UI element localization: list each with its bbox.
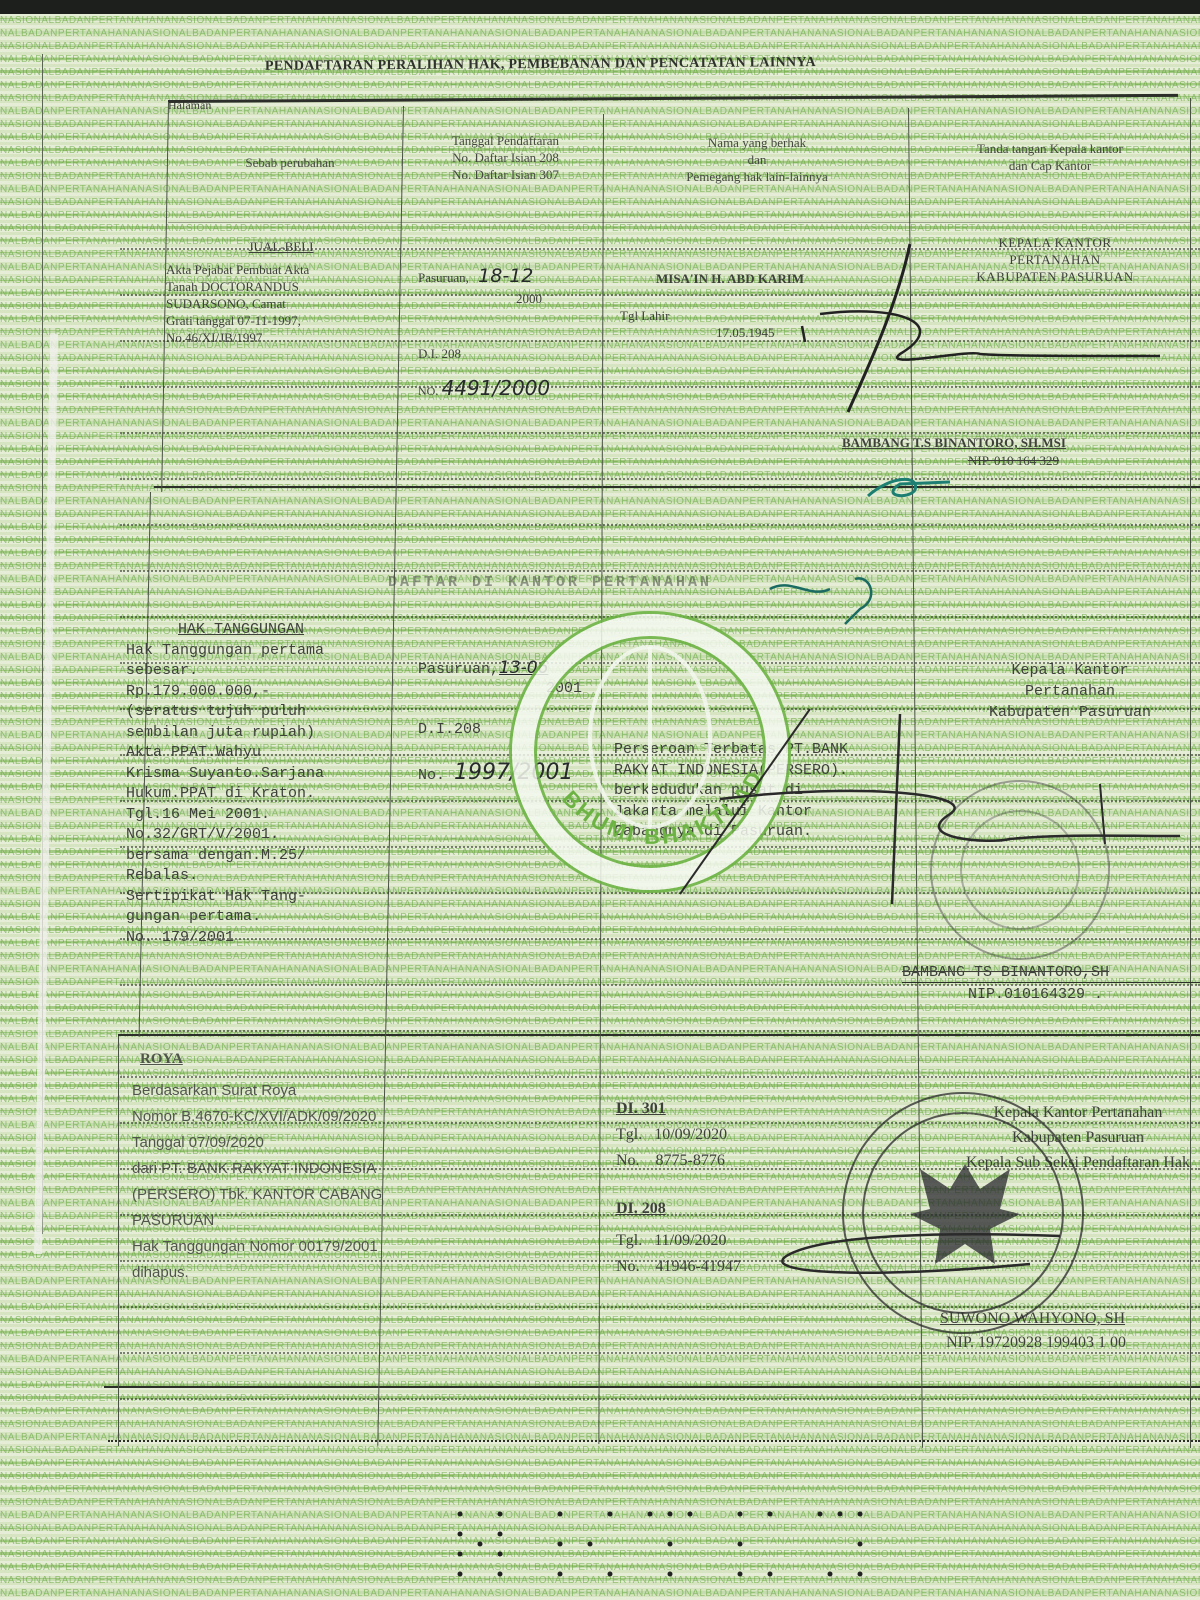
header-holder: Nama yang berhak dan Pemegang hak lain-l… [612,134,902,185]
entry-1-cause: JUAL-BELI Akta Pejabat Pembuat AktaTanah… [166,238,396,346]
text-line: No.46/XI/JB/1997 [166,329,396,346]
text-line: SUDARSONO, Camat [166,295,396,312]
text-line: Rebalas. [126,866,416,887]
entry-1-dob: 17.05.1945 [716,324,900,341]
text-line: PASURUAN [132,1208,512,1234]
dotted-rule [120,570,1200,572]
text-line: Hak Tanggungan Nomor 00179/2001 [132,1234,512,1260]
text-line: Kabupaten Pasuruan [940,702,1200,723]
entry-1-cause-title: JUAL-BELI [166,238,396,255]
entry-3-cause-lines: Berdasarkan Surat RoyaNomor B.4670-KC/XV… [132,1078,512,1286]
text-line: Rp.179.000.000,- [126,682,416,703]
text-line: Akta Pejabat Pembuat Akta [166,261,396,278]
col-4-rule [1190,98,1191,1448]
office-stamp-2001-inner [960,810,1080,930]
text-line: dihapus. [132,1260,512,1286]
header-signature: Tanda tangan Kepala kantor dan Cap Kanto… [910,140,1190,174]
entry-2-cause-lines: Hak Tanggungan pertamasebesar.Rp.179.000… [126,641,416,949]
entry-2-official-nip: NIP.010164329 . [968,986,1198,1003]
certificate-page: NASIONALBADANPERTANAHANANASIONALBADANPER… [0,14,1200,1600]
verification-initial-icon [760,569,910,629]
entry-1-holder-name: MISA'IN H. ABD KARIM [656,270,900,287]
entry-2-office: Kepala KantorPertanahanKabupaten Pasurua… [940,660,1200,723]
col-0-rule-bot [118,1036,119,1446]
registration-stamp-line: DAFTAR DI KANTOR PERTANAHAN [388,574,712,591]
text-line: Berdasarkan Surat Roya [132,1078,512,1104]
entry-2-no-label: No. [418,767,445,784]
dotted-rule [120,294,1200,296]
dotted-rule [120,984,1200,986]
entry-1-reg-place: Pasuruan, [418,270,469,285]
entry-1-official-nip: NIP. 010 164 329 [968,452,1168,469]
entry-2-official-name: BAMBANG TS BINANTORO,SH [902,964,1200,981]
dotted-rule [120,524,1200,526]
text-line: bersama dengan.M.25/ [126,846,416,867]
text-line: Tgl.16 Mei 2001. [126,805,416,826]
entry-1-office: KEPALA KANTORPERTANAHANKABUPATEN PASURUA… [920,234,1190,285]
text-line: Sertipikat Hak Tang- [126,887,416,908]
text-line: PERTANAHAN [920,251,1190,268]
entry-2-sign-rule [902,982,1200,983]
text-line: Pertanahan [940,681,1200,702]
bpn-green-seal [512,614,788,890]
row-1-rule [154,486,1200,488]
ministry-stamp-inner [862,1112,1064,1314]
entry-1-official-name: BAMBANG T.S BINANTORO, SH.MSI [842,434,1192,451]
text-line: Nomor B.4670-KC/XVI/ADK/09/2020 [132,1104,512,1130]
entry-3-cause: ROYA Berdasarkan Surat RoyaNomor B.4670-… [132,1060,512,1286]
entry-3-cause-title: ROYA [140,1048,512,1070]
header-registration: Tanggal Pendaftaran No. Daftar Isian 208… [408,132,603,183]
entry-2-cause-title: HAK TANGGUNGAN [178,620,416,641]
table-top-rule [168,94,1178,103]
entry-1-reg-year: 2000 [516,290,603,307]
entry-1-reg-date: 18-12 [478,265,533,287]
text-line: (seratus tujuh puluh [126,702,416,723]
text-line: sembilan juta rupiah) [126,723,416,744]
row-2-rule [118,1034,1200,1036]
header-cause: Sebab perubahan [190,154,390,171]
perforated-serial-icon [440,1504,900,1600]
dotted-rule [120,432,1200,434]
entry-1-cause-lines: Akta Pejabat Pembuat AktaTanah DOCTORAND… [166,261,396,346]
row-3-rule [104,1386,1200,1388]
text-line: Tanah DOCTORANDUS [166,278,396,295]
entry-1-no-value: 4491/2000 [442,376,551,400]
document-title: PENDAFTARAN PERALIHAN HAK, PEMBEBANAN DA… [265,55,816,75]
dotted-rule [120,478,1200,480]
entry-1-registration: Pasuruan, 18-12 2000 D.I. 208 NO. 4491/2… [418,268,603,400]
entry-3-di301-label: DI. 301 [616,1096,906,1122]
table-bottom-rule [108,1440,1200,1442]
text-line: KABUPATEN PASURUAN [920,268,1190,285]
text-line: Tanggal 07/09/2020 [132,1130,512,1156]
dotted-rule [120,1030,1200,1032]
entry-1-dob-label: Tgl Lahir [620,307,900,324]
text-line: Krisma Suyanto.Sarjana [126,764,416,785]
entry-3-official-nip: NIP. 19720928 199403 1 00 [946,1334,1200,1351]
dotted-rule [120,340,1200,342]
text-line: (PERSERO) Tbk. KANTOR CABANG [132,1182,512,1208]
header-rule [168,222,1190,223]
entry-2-cause: HAK TANGGUNGAN Hak Tanggungan pertamaseb… [126,620,416,948]
dotted-rule [120,1076,1200,1078]
text-line: gungan pertama. [126,907,416,928]
dotted-rule [120,1398,1200,1400]
dotted-rule [120,386,1200,388]
dotted-rule [120,1352,1200,1354]
text-line: Grati tanggal 07-11-1997, [166,312,396,329]
dotted-rule [120,248,1200,250]
text-line: sebesar. [126,661,416,682]
text-line: No.32/GRT/V/2001. [126,825,416,846]
entry-1-di-label: D.I. 208 [418,345,603,362]
text-line: Hak Tanggungan pertama [126,641,416,662]
entry-1-holder: MISA'IN H. ABD KARIM Tgl Lahir 17.05.194… [620,270,900,341]
